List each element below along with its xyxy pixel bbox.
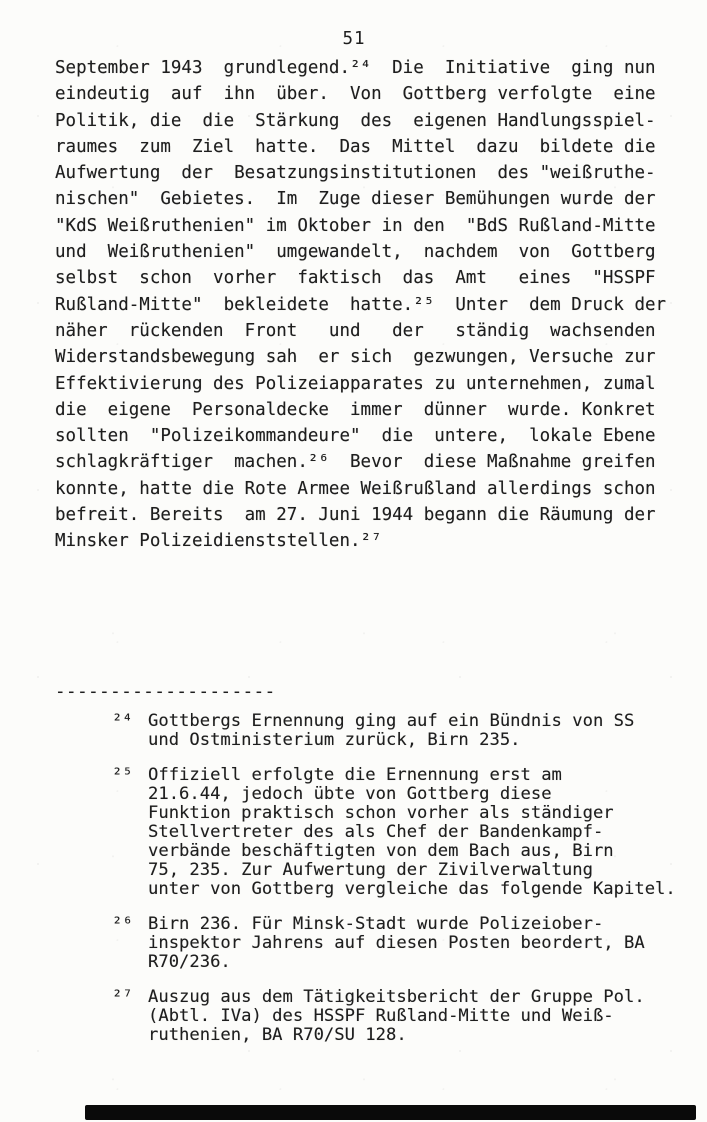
footnote-line: ruthenien, BA R70/SU 128.	[148, 1026, 700, 1045]
text-line: sollten "Polizeikommandeure" die untere,…	[55, 423, 695, 449]
footnote-marker: ²⁶	[112, 915, 133, 934]
footnote-line: Offiziell erfolgte die Ernennung erst am	[148, 766, 700, 785]
text-line: September 1943 grundlegend.²⁴ Die Initia…	[55, 55, 695, 81]
footnote-line: inspektor Jahrens auf diesen Posten beor…	[148, 934, 700, 953]
footnote-line: 21.6.44, jedoch übte von Gottberg diese	[148, 785, 700, 804]
footnote-line: Birn 236. Für Minsk-Stadt wurde Polizeio…	[148, 915, 700, 934]
footnote-line: Funktion praktisch schon vorher als stän…	[148, 804, 700, 823]
page-number: 51	[55, 26, 653, 52]
footnote-line: 75, 235. Zur Aufwertung der Zivilverwalt…	[148, 861, 700, 880]
scan-artifact-bar	[85, 1105, 696, 1120]
text-line: raumes zum Ziel hatte. Das Mittel dazu b…	[55, 134, 695, 160]
footnote-separator: --------------------	[55, 683, 276, 702]
text-line: "KdS Weißruthenien" im Oktober in den "B…	[55, 213, 695, 239]
text-line: näher rückenden Front und der ständig wa…	[55, 318, 695, 344]
footnote-line: (Abtl. IVa) des HSSPF Rußland-Mitte und …	[148, 1007, 700, 1026]
text-line: selbst schon vorher faktisch das Amt ein…	[55, 265, 695, 291]
footnote: ²⁶Birn 236. Für Minsk-Stadt wurde Polize…	[55, 915, 700, 972]
footnote: ²⁵Offiziell erfolgte die Ernennung erst …	[55, 766, 700, 899]
text-line: Widerstandsbewegung sah er sich gezwunge…	[55, 344, 695, 370]
text-line: Effektivierung des Polizeiapparates zu u…	[55, 371, 695, 397]
text-line: und Weißruthenien" umgewandelt, nachdem …	[55, 239, 695, 265]
footnote-line: Stellvertreter des als Chef der Bandenka…	[148, 823, 700, 842]
footnote-line: verbände beschäftigten von dem Bach aus,…	[148, 842, 700, 861]
text-line: befreit. Bereits am 27. Juni 1944 begann…	[55, 502, 695, 528]
text-line: Minsker Polizeidienststellen.²⁷	[55, 528, 695, 554]
text-line: Aufwertung der Besatzungsinstitutionen d…	[55, 160, 695, 186]
text-line: Rußland-Mitte" bekleidete hatte.²⁵ Unter…	[55, 292, 695, 318]
footnote-line: R70/236.	[148, 953, 700, 972]
text-line: schlagkräftiger machen.²⁶ Bevor diese Ma…	[55, 449, 695, 475]
text-line: nischen" Gebietes. Im Zuge dieser Bemühu…	[55, 186, 695, 212]
text-line: die eigene Personaldecke immer dünner wu…	[55, 397, 695, 423]
footnote-line: Gottbergs Ernennung ging auf ein Bündnis…	[148, 712, 700, 731]
footnote-marker: ²⁷	[112, 988, 133, 1007]
text-line: eindeutig auf ihn über. Von Gottberg ver…	[55, 81, 695, 107]
footnote: ²⁴Gottbergs Ernennung ging auf ein Bündn…	[55, 712, 700, 750]
text-line: Politik, die die Stärkung des eigenen Ha…	[55, 108, 695, 134]
footnote-line: Auszug aus dem Tätigkeitsbericht der Gru…	[148, 988, 700, 1007]
text-line: konnte, hatte die Rote Armee Weißrußland…	[55, 476, 695, 502]
document-page: 51 September 1943 grundlegend.²⁴ Die Ini…	[0, 0, 707, 1122]
footnote-marker: ²⁴	[112, 712, 133, 731]
body-paragraph: September 1943 grundlegend.²⁴ Die Initia…	[55, 55, 695, 555]
footnote-line: unter von Gottberg vergleiche das folgen…	[148, 880, 700, 899]
footnote-marker: ²⁵	[112, 766, 133, 785]
footnote-line: und Ostministerium zurück, Birn 235.	[148, 731, 700, 750]
footnotes: ²⁴Gottbergs Ernennung ging auf ein Bündn…	[55, 712, 700, 1061]
footnote: ²⁷Auszug aus dem Tätigkeitsbericht der G…	[55, 988, 700, 1045]
